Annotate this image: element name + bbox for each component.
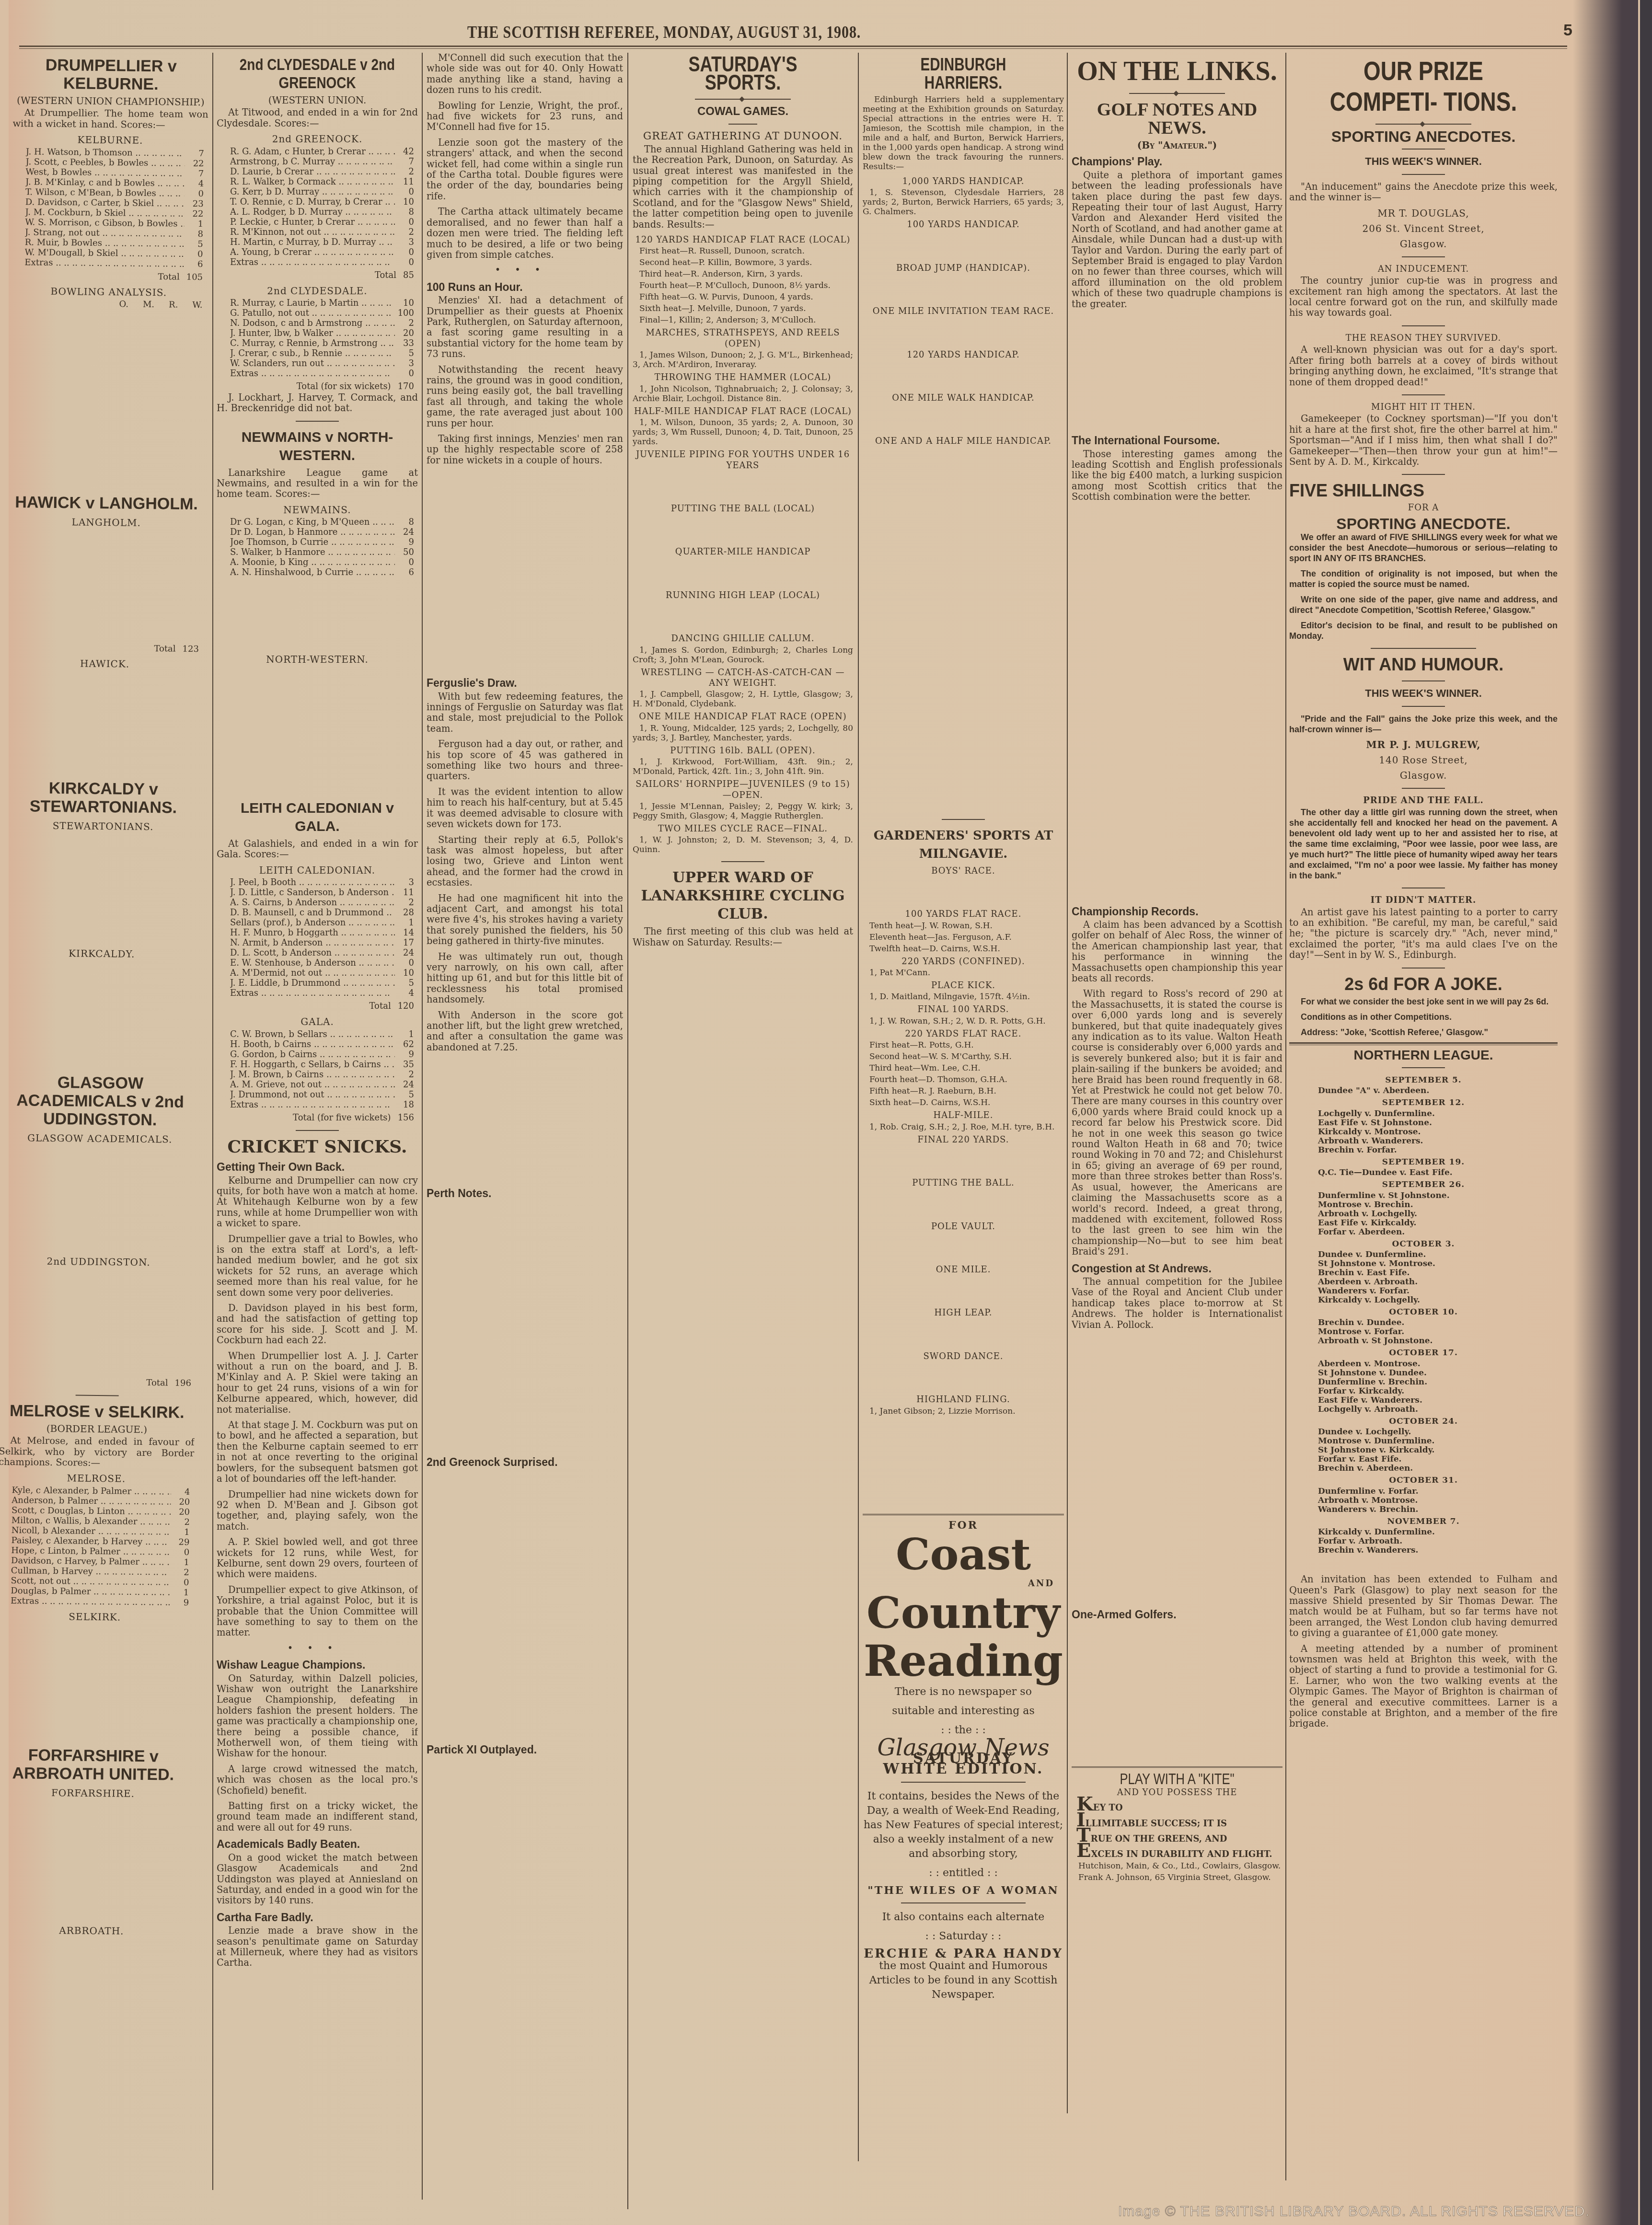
advert-line: : : entitled : : [863,1866,1064,1880]
runs: 4 [171,1487,190,1497]
batsman: E. W. Stenhouse, b Anderson [230,958,395,968]
section-divider [1402,256,1445,257]
paragraph: Drumpellier had nine wickets down for 92… [217,1489,418,1533]
event-result: Eleventh heat—Jas. Ferguson, A.F. [863,933,1064,942]
scorecard-row: A. N. Hinshalwood, b Currie6 [217,567,418,577]
event-result-placeholder [863,275,1064,303]
event-result-placeholder [633,515,853,544]
runs: 0 [395,217,414,227]
article-subhead: Ferguslie's Draw. [427,678,623,688]
match-headline: DRUMPELLIER v KELBURNE. [13,56,209,94]
fixture: Brechin v. Wanderers. [1318,1546,1558,1555]
scorecard-total: Total123 [7,642,203,655]
scorecard-row: N. Dodson, c and b Armstrong2 [217,318,418,328]
scorecard-total: Total (for six wickets)170 [217,381,418,392]
fixture: Brechin v. East Fife. [1318,1268,1558,1278]
runs: 18 [395,1100,414,1110]
scorecard [7,529,204,641]
runs: 2 [171,1517,190,1527]
article-subhead: One-Armed Golfers. [1072,1609,1282,1620]
fixture: Kirkcaldy v. Montrose. [1318,1128,1558,1137]
paragraph: The annual competition for the Jubilee V… [1072,1277,1282,1330]
event-title: HALF-MILE HANDICAP FLAT RACE (LOCAL) [633,406,853,417]
fixture: Kirkcaldy v. Dunfermline. [1318,1528,1558,1537]
match-leith-gala: LEITH CALEDONIAN v GALA. At Galashiels, … [217,799,418,1123]
event-title: PLACE KICK. [863,980,1064,991]
scorecard-row: J. Crerar, c sub., b Rennie5 [217,348,418,358]
scorecard-row: Extras9 [0,1596,193,1608]
runs: 1 [395,918,414,928]
scorecard-row: J. Peel, b Booth3 [217,877,418,888]
runs: 9 [170,1597,189,1607]
column-divider [627,53,628,2209]
article-body: With but few redeeming features, the inn… [427,692,623,1053]
batsman: Joe Thomson, b Currie [230,537,395,547]
section-divider [1402,680,1445,681]
cricket-snicks: CRICKET SNICKS. Getting Their Own Back. … [217,1138,418,1969]
paragraph: We offer an award of FIVE SHILLINGS ever… [1289,532,1558,564]
fixture-date: OCTOBER 17. [1289,1348,1558,1358]
column-divider [212,53,213,2190]
story-title: AN INDUCEMENT. [1289,264,1558,275]
event-result: First heat—R. Potts, G.H. [863,1040,1064,1050]
offer-terms: We offer an award of FIVE SHILLINGS ever… [1289,532,1558,641]
paragraph: A claim has been advanced by a Scottish … [1072,920,1282,984]
masthead-title: THE SCOTTISH REFEREE, MONDAY, AUGUST 31,… [467,23,861,42]
scorecard-row: G. Patullo, not out100 [217,308,418,318]
section-divider [1402,788,1445,789]
article-intro: The annual Highland Gathering was held i… [633,144,853,230]
fixture: Wanderers v. Forfar. [1318,1287,1558,1296]
scorecard-total: Total196 [0,1376,195,1389]
scorecard [3,960,199,1072]
scorecard-total: Total105 [11,270,207,283]
event-title: MARCHES, STRATHSPEYS, AND REELS (OPEN) [633,328,853,349]
match-melrose-selkirk: MELROSE v SELKIRK. (BORDER LEAGUE.) At M… [0,1402,195,1745]
event-result: Fifth heat—R. J. Raeburn, B.H. [863,1086,1064,1096]
paragraph: He had one magnificent hit into the adja… [427,893,623,947]
section-divider [1402,325,1445,326]
event-title: WRESTLING — CATCH-AS-CATCH-CAN — ANY WEI… [633,668,853,689]
event-title: 220 YARDS FLAT RACE. [863,1029,1064,1039]
batsman: H. F. Munro, b Hoggarth [230,928,395,938]
offer-for: FOR A [1289,503,1558,513]
section-divider [1402,706,1445,707]
event-result: 1, W. J. Johnston; 2, D. M. Stevenson; 3… [633,835,853,854]
section-divider [1402,1067,1445,1068]
event-result: Second heat—P. Killin, Bowmore, 3 yards. [633,258,853,267]
paragraph: Kelburne and Drumpellier can now cry qui… [217,1176,418,1229]
runs: 11 [395,888,414,898]
scorecard-row: A. S. Cairns, b Anderson2 [217,898,418,908]
batsman: A. L. Rodger, b D. Murray [230,207,395,217]
runs: 100 [395,308,414,318]
section-divider [721,861,764,862]
fixture: Wanderers v. Brechin. [1318,1505,1558,1514]
batsman: D. Laurie, b Crerar [230,167,395,177]
runs: 2 [395,898,414,908]
scorecard [4,832,201,945]
byline: (By "Amateur.") [1072,140,1282,150]
scorecard-row: H. Martin, c Murray, b D. Murray3 [217,237,418,247]
advert-line: It also contains each alternate [863,1910,1064,1925]
story-body: The country junior cup-tie was in progre… [1289,276,1558,319]
masthead-rule [19,46,1567,49]
fixture: Dundee v. Dunfermline. [1318,1250,1558,1259]
runs: 7 [185,168,204,178]
ornament-divider [1375,124,1471,125]
event-result: First heat—R. Russell, Dunoon, scratch. [633,246,853,256]
article-body: An invitation has been extended to Fulha… [1289,1574,1558,1729]
acrostic-line: EXCELS IN DURABILITY AND FLIGHT. [1076,1845,1282,1860]
column-6: ON THE LINKS. GOLF NOTES AND NEWS. (By "… [1072,53,1282,2209]
glasgow-news-advert: FOR Coast AND Country Reading There is n… [863,1514,1064,2012]
article-body-continued [427,1202,623,1451]
paragraph: An invitation has been extended to Fulha… [1289,1574,1558,1638]
event-results: 1,000 YARDS HANDICAP.1, S. Stevenson, Cl… [863,176,1064,477]
fixture-date: OCTOBER 3. [1289,1239,1558,1249]
runs: 2 [395,227,414,237]
event-result-placeholder [863,1190,1064,1219]
article-subtitle: COWAL GAMES. [633,106,853,117]
scorecard [217,667,418,796]
runs: 5 [395,348,414,358]
acrostic-line: KEY TO [1076,1799,1282,1813]
fixture: Q.C. Tie—Dundee v. East Fife. [1318,1168,1558,1177]
fixture: Forfar v. Aberdeen. [1318,1228,1558,1237]
batsman: F. H. Hoggarth, c Sellars, b Cairns [230,1060,395,1070]
runs: 1 [184,219,203,229]
team-name: KIRKCALDY. [4,947,199,960]
scorecard-total: Total120 [217,1001,418,1012]
event-title: 120 YARDS HANDICAP FLAT RACE (LOCAL) [633,235,853,245]
column-divider [1285,53,1286,2180]
section-divider [296,1130,339,1131]
scorecard-row: C. W. Brown, b Sellars1 [217,1029,418,1039]
joke-title: PRIDE AND THE FALL. [1289,795,1558,806]
paragraph: Editor's decision to be final, and resul… [1289,620,1558,641]
event-result-placeholder [863,318,1064,347]
runs: 9 [395,1049,414,1060]
article-body: Kelburne and Drumpellier can now cry qui… [217,1176,418,1638]
ornament-divider [1129,93,1225,94]
scorecard-row: Extras6 [11,257,207,269]
scorecard-row: Extras18 [217,1100,418,1110]
runs: 0 [395,187,414,197]
team-name: MELROSE. [0,1472,194,1485]
runs: 20 [171,1507,190,1517]
fixture: Arbroath v. St Johnstone. [1318,1337,1558,1346]
batsman: J. Hunter, lbw, b Walker [230,328,395,338]
team-name: STEWARTONIANS. [5,820,201,833]
match-forfarshire-arbroath: FORFARSHIRE v ARBROATH UNITED. FORFARSHI… [0,1746,191,1937]
event-title: ONE MILE INVITATION TEAM RACE. [863,306,1064,317]
event-title: 100 YARDS HANDICAP. [863,219,1064,230]
scorecard-row: Sellars (prof.), b Anderson1 [217,918,418,928]
section-divider [1402,174,1445,175]
runs: 0 [395,958,414,968]
scorecard: R. Murray, c Laurie, b Martin10G. Patull… [217,298,418,379]
batsman: A. Young, b Crerar [230,247,395,257]
batsman: H. Martin, c Murray, b D. Murray [230,237,395,247]
team-name: KELBURNE. [12,134,208,147]
event-result: Third heat—R. Anderson, Kirn, 3 yards. [633,269,853,279]
joke-offer-terms: Address: "Joke, 'Scottish Referee,' Glas… [1289,1027,1558,1038]
match-headline: HAWICK v LANGHOLM. [9,493,204,513]
event-result: 1, Rob. Craig, S.H.; 2, J. Roe, M.H. tyr… [863,1122,1064,1132]
scorecard-row: A. M. Grieve, not out24 [217,1080,418,1090]
winner-address: Glasgow. [1289,770,1558,781]
batsman: A. S. Cairns, b Anderson [230,898,395,908]
batsman: A. M'Dermid, not out [230,968,395,978]
paragraph: Batting first on a tricky wicket, the gr… [217,1801,418,1833]
column-2: 2nd CLYDESDALE v 2nd GREENOCK (WESTERN U… [217,53,418,2209]
event-title: 100 YARDS FLAT RACE. [863,909,1064,920]
match-newmains-northwestern: NEWMAINS v NORTH-WESTERN. Lanarkshire Le… [217,428,418,796]
runs: 7 [185,148,204,158]
paragraph: D. Davidson played in his best form, and… [217,1303,418,1346]
batsman: T. O. Rennie, c D. Murray, b Crerar [230,197,395,207]
fixture-date: SEPTEMBER 26. [1289,1179,1558,1190]
team-name: HAWICK. [7,657,203,670]
runs: 6 [395,567,414,577]
runs: 2 [395,318,414,328]
runs: 3 [395,237,414,247]
fixture: St Johnstone v. Montrose. [1318,1259,1558,1268]
event-result: Tenth heat—J. W. Rowan, S.H. [863,921,1064,931]
batsman: Dr D. Logan, b Hanmore [230,527,395,537]
advert-feature: ERCHIE & PARA HANDY [863,1948,1064,1959]
fixture: Dundee v. Lochgelly. [1318,1428,1558,1437]
article-body-continued [1072,314,1282,429]
batsman: G. Patullo, not out [230,308,395,318]
event-title: PUTTING THE BALL. [863,1178,1064,1188]
article-subhead: The International Foursome. [1072,435,1282,446]
paragraph: Starting their reply at 6.5, Pollok's ta… [427,835,623,888]
paragraph: When Drumpellier lost A. J. J. Carter wi… [217,1351,418,1415]
scorecard-row: D. L. Scott, b Anderson24 [217,948,418,958]
runs: 22 [185,158,204,168]
article-subhead: Congestion at St Andrews. [1072,1263,1282,1274]
fixture-date: NOVEMBER 7. [1289,1516,1558,1527]
page-number: 5 [1563,21,1572,40]
advert-line: There is no newspaper so [863,1685,1064,1699]
section-headline: SATURDAY'S SPORTS. [652,56,833,92]
event-result: Fifth heat—G. W. Purvis, Dunoon, 4 yards… [633,292,853,302]
match-intro: At Drumpellier. The home team won with a… [12,107,208,131]
match-clydesdale-greenock: 2nd CLYDESDALE v 2nd GREENOCK (WESTERN U… [217,56,418,414]
advert-line: : : Saturday : : [863,1929,1064,1944]
acrostic-line: TRUE ON THE GREENS, AND [1076,1830,1282,1845]
results-continued [863,477,1064,812]
scorecard: J. H. Watson, b Thomson7J. Scott, c Peeb… [11,147,208,269]
column-1: DRUMPELLIER v KELBURNE. (WESTERN UNION C… [0,53,209,2211]
fixture: East Fife v. Wanderers. [1318,1396,1558,1405]
runs: 42 [395,147,414,157]
event-title: QUARTER-MILE HANDICAP [633,547,853,557]
event-result-placeholder [863,448,1064,477]
article-subhead: Champions' Play. [1072,156,1282,167]
scorecard-row: R. Murray, c Laurie, b Martin10 [217,298,418,308]
fixture: Dunfermline v. Forfar. [1318,1487,1558,1496]
event-title: FINAL 220 YARDS. [863,1135,1064,1145]
scorecard-row: S. Walker, b Hanmore50 [217,547,418,557]
match-subtitle: (WESTERN UNION CHAMPIONSHIP.) [13,95,208,108]
event-result: Sixth heat—J. Melville, Dunoon, 7 yards. [633,304,853,313]
advert-rule [901,1902,1026,1903]
event-result-placeholder [863,1233,1064,1262]
section-divider [1402,968,1445,968]
runs: 4 [185,178,204,188]
runs: 20 [171,1497,190,1507]
runs: 22 [184,208,203,219]
runs: 7 [395,157,414,167]
column-divider [422,53,423,2200]
paragraph: Lenzie soon got the mastery of the stran… [427,138,623,202]
runs: 9 [395,537,414,547]
section-divider [1402,888,1445,888]
event-result-placeholder [863,361,1064,390]
event-result: 1, S. Stevenson, Clydesdale Harriers, 28… [863,188,1064,217]
scorecard-row: J. Hunter, lbw, b Walker20 [217,328,418,338]
fixture: St Johnstone v. Dundee. [1318,1369,1558,1378]
event-title: HALF-MILE. [863,1110,1064,1121]
scorecard: R. G. Adam, c Hunter, b Crerar42Armstron… [217,147,418,267]
article-kicker: GREAT GATHERING AT DUNOON. [633,131,853,142]
batsman: R. G. Adam, c Hunter, b Crerar [230,147,395,157]
batsman: H. Booth, b Cairns [230,1039,395,1049]
scorecard-row: W. Sclanders, run out3 [217,358,418,369]
league-title: NORTHERN LEAGUE. [1289,1050,1558,1061]
runs: 1 [170,1587,189,1597]
scorecard-row: P. Leckie, c Hunter, b Crerar0 [217,217,418,227]
runs: 23 [185,198,204,208]
batsman: S. Walker, b Hanmore [230,547,395,557]
winner-address: 206 St. Vincent Street, [1289,223,1558,234]
runs: 0 [184,249,203,259]
batsman: R. Murray, c Laurie, b Martin [230,298,395,308]
event-title: 220 YARDS (CONFINED). [863,957,1064,967]
paragraph: Write on one side of the paper, give nam… [1289,594,1558,615]
batsman: A. N. Hinshalwood, b Currie [230,567,395,577]
match-hawick-langholm: HAWICK v LANGHOLM. LANGHOLM. Total123 HA… [6,493,204,777]
results-continued [863,1418,1064,1514]
advert-acrostic: KEY TOILLIMITABLE SUCCESS; IT ISTRUE ON … [1072,1799,1282,1860]
section-divider [296,421,339,422]
paragraph: With Anderson in the score got another l… [427,1010,623,1053]
advert-agent: Frank A. Johnson, 65 Virginia Street, Gl… [1072,1873,1282,1882]
acrostic-line: ILLIMITABLE SUCCESS; IT IS [1076,1815,1282,1829]
did-not-bat: J. Lockhart, J. Harvey, T. Cormack, and … [217,392,418,414]
runs: 24 [395,527,414,537]
team-name: 2nd CLYDESDALE. [217,286,418,296]
runs: 62 [395,1039,414,1049]
scorecard [217,577,418,649]
fixture-date: OCTOBER 24. [1289,1416,1558,1427]
runs: 0 [395,257,414,267]
scorecard-total: Total (for five wickets)156 [217,1113,418,1123]
spacer [1289,1555,1558,1574]
article-subhead: Getting Their Own Back. [217,1162,418,1172]
event-result-placeholder [863,1276,1064,1305]
fixture: Forfar v. Arbroath. [1318,1537,1558,1546]
advert-headline-coast: Coast [863,1531,1064,1579]
runs: 29 [170,1537,189,1547]
section-rule [1289,1042,1558,1045]
story-title: THE REASON THEY SURVIVED. [1289,333,1558,344]
batsman: Extras [24,257,184,269]
runs: 11 [395,177,414,187]
advert-headline-reading: Reading [863,1637,1064,1685]
paragraph: Bowling for Lenzie, Wright, the prof., h… [427,101,623,133]
fixture: Arbroath v. Wanderers. [1318,1137,1558,1146]
kite-advert: PLAY WITH A "KITE" AND YOU POSSESS THE K… [1072,1766,1282,1882]
event-result: Fourth heat—P. M'Culloch, Dunoon, 8½ yar… [633,281,853,290]
batsman: J. Crerar, c sub., b Rennie [230,348,395,358]
fixture: Brechin v. Dundee. [1318,1318,1558,1327]
runs: 0 [170,1547,189,1557]
winner-text: "Pride and the Fall" gains the Joke priz… [1289,714,1558,735]
section-headline: EDINBURGH HARRIERS. [881,56,1046,92]
runs: 24 [395,1080,414,1090]
article-body-continued [427,471,623,672]
article-subhead: Academicals Badly Beaten. [217,1839,418,1849]
event-title: 1,000 YARDS HANDICAP. [863,176,1064,187]
team-name: 2nd UDDINGSTON. [0,1256,196,1268]
fixture: Montrose v. Brechin. [1318,1200,1558,1210]
fixture: Forfar v. East Fife. [1318,1455,1558,1464]
paragraph: On Saturday, within Dalzell policies, Wi… [217,1673,418,1759]
match-headline: 2nd CLYDESDALE v 2nd GREENOCK [235,56,400,92]
section-headline: UPPER WARD OF LANARKSHIRE CYCLING CLUB. [633,869,853,923]
section-divider [1402,474,1445,475]
match-headline: MELROSE v SELKIRK. [0,1402,195,1422]
event-title: BROAD JUMP (HANDICAP). [863,263,1064,274]
masthead: THE SCOTTISH REFEREE, MONDAY, AUGUST 31,… [0,0,1652,36]
scorecard-row: Extras0 [217,369,418,379]
scorecard-row: R. M'Kinnon, not out2 [217,227,418,237]
match-headline: GLASGOW ACADEMICALS v 2nd UDDINGSTON. [2,1073,198,1130]
event-title: SWORD DANCE. [863,1351,1064,1362]
event-result-placeholder [863,877,1064,906]
batsman: N. Dodson, c and b Armstrong [230,318,395,328]
scorecard-row: Extras4 [217,988,418,998]
scorecard-row: J. E. Liddle, b Drummond5 [217,978,418,988]
page-edge [1640,0,1652,2225]
event-title: POLE VAULT. [863,1222,1064,1232]
fixture: Lochgelly v. Dunfermline. [1318,1109,1558,1118]
paragraph: Ferguson had a day out, or rather, and h… [427,739,623,782]
runs: 17 [395,938,414,948]
batsman: Extras [230,369,395,379]
column-5: EDINBURGH HARRIERS. Edinburgh Harriers h… [863,53,1064,2209]
runs: 5 [395,978,414,988]
event-result: Second heat—W. S. M'Carthy, S.H. [863,1052,1064,1061]
event-result: 1, Janet Gibson; 2, Lizzie Morrison. [863,1406,1064,1416]
article-body: Quite a plethora of important games betw… [1072,170,1282,310]
scorecard [0,1268,196,1375]
event-result: Sixth heat—D. Cairns, W.S.H. [863,1098,1064,1107]
paragraph: At that stage J. M. Cockburn was put on … [217,1420,418,1484]
scorecard-row: R. G. Adam, c Hunter, b Crerar42 [217,147,418,157]
event-title: ONE MILE HANDICAP FLAT RACE (OPEN) [633,712,853,722]
batsman: J. M. Brown, b Cairns [230,1070,395,1080]
paragraph: Drumpellier expect to give Atkinson, of … [217,1585,418,1638]
event-result: 1, R. Young, Midcalder, 125 yards; 2, Lo… [633,724,853,743]
runs: 28 [395,908,414,918]
section-subtitle: SPORTING ANECDOTES. [1289,131,1558,142]
fixture: Forfar v. Kirkcaldy. [1318,1387,1558,1396]
